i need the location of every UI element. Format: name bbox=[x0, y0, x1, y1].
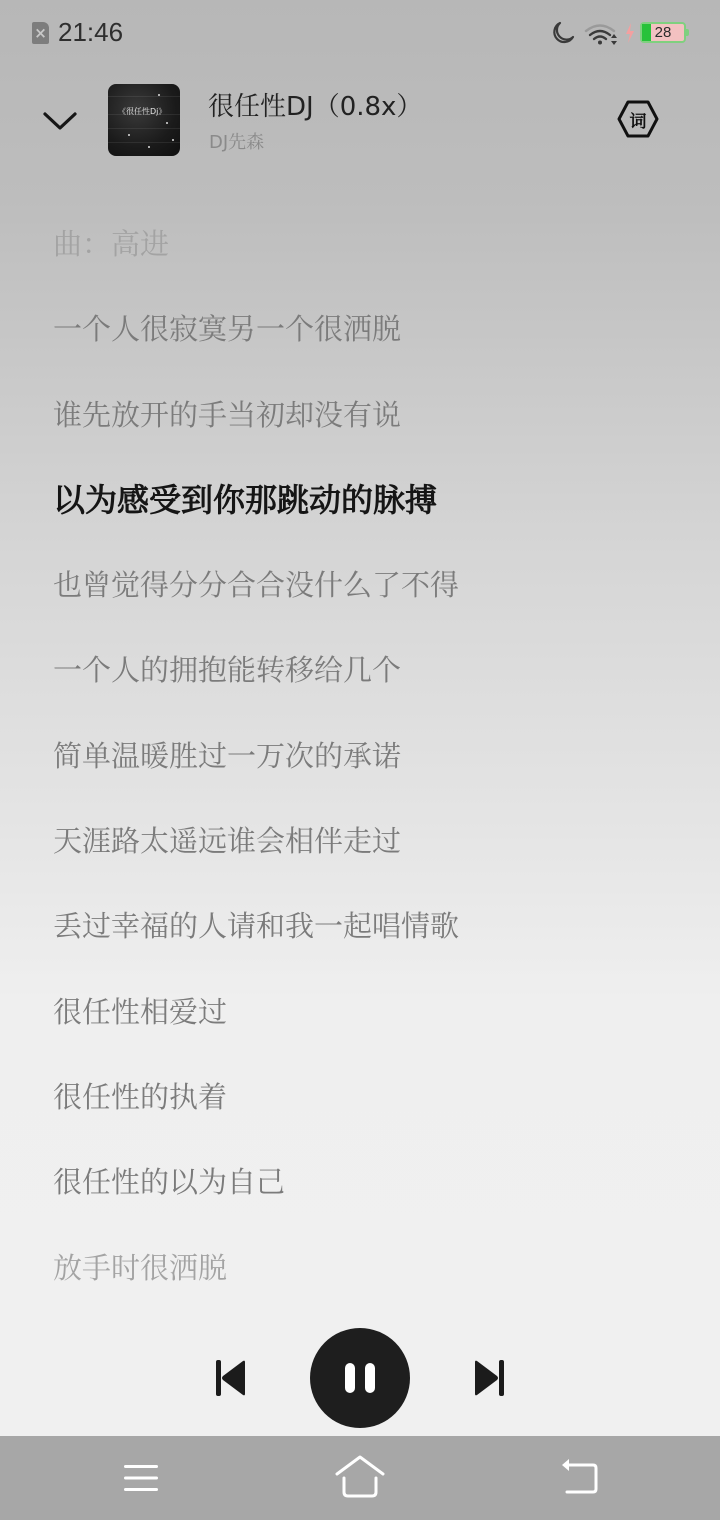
back-icon bbox=[550, 1454, 610, 1502]
lyric-line[interactable]: 曲：高进 bbox=[53, 218, 693, 303]
pause-icon bbox=[345, 1363, 355, 1393]
song-title: 很任性DJ（0.8x） bbox=[208, 86, 422, 123]
album-art-title: 《很任性Dj》 bbox=[118, 106, 166, 117]
moon-icon bbox=[550, 20, 576, 46]
back-button[interactable] bbox=[550, 1454, 610, 1502]
player-controls bbox=[0, 1328, 720, 1428]
lyric-toggle-label: 词 bbox=[616, 107, 660, 132]
lyric-line[interactable]: 丢过幸福的人请和我一起唱情歌 bbox=[53, 900, 693, 985]
pause-icon bbox=[365, 1363, 375, 1393]
skip-previous-icon bbox=[208, 1350, 252, 1406]
next-button[interactable] bbox=[468, 1350, 512, 1406]
lyric-line[interactable]: 也曾觉得分分合合没什么了不得 bbox=[53, 559, 693, 644]
album-art[interactable]: 《很任性Dj》 bbox=[108, 84, 180, 156]
menu-button[interactable] bbox=[110, 1454, 170, 1502]
chevron-down-icon bbox=[38, 102, 82, 138]
lyric-line-active[interactable]: 以为感受到你那跳动的脉搏 bbox=[53, 474, 693, 559]
status-bar: × 21:46 28 bbox=[0, 0, 720, 66]
lyric-line[interactable]: 很任性相爱过 bbox=[53, 986, 693, 1071]
battery-level: 28 bbox=[642, 24, 684, 41]
wifi-icon bbox=[584, 22, 620, 46]
status-time: 21:46 bbox=[58, 17, 123, 48]
lyric-line[interactable]: 很任性的以为自己 bbox=[53, 1156, 693, 1241]
skip-next-icon bbox=[468, 1350, 512, 1406]
battery-nub bbox=[686, 29, 689, 36]
home-button[interactable] bbox=[330, 1454, 390, 1502]
lyric-line[interactable]: 天涯路太遥远谁会相伴走过 bbox=[53, 815, 693, 900]
lyric-line[interactable]: 一个人的拥抱能转移给几个 bbox=[53, 644, 693, 729]
charging-bolt-icon bbox=[624, 22, 636, 44]
lyric-line[interactable]: 简单温暖胜过一万次的承诺 bbox=[53, 730, 693, 815]
lyrics-view[interactable]: 曲：高进 一个人很寂寞另一个很洒脱 谁先放开的手当初却没有说 以为感受到你那跳动… bbox=[53, 218, 693, 1327]
previous-button[interactable] bbox=[208, 1350, 252, 1406]
player-header: 《很任性Dj》 很任性DJ（0.8x） DJ先森 词 bbox=[0, 78, 720, 168]
home-icon bbox=[330, 1454, 390, 1502]
battery-indicator: 28 bbox=[640, 22, 686, 43]
lyric-line[interactable]: 谁先放开的手当初却没有说 bbox=[53, 389, 693, 474]
collapse-button[interactable] bbox=[38, 102, 82, 138]
lyric-line[interactable]: 一个人很寂寞另一个很洒脱 bbox=[53, 303, 693, 388]
system-nav-bar bbox=[0, 1436, 720, 1520]
menu-icon bbox=[110, 1454, 170, 1502]
sim-card-missing-icon: × bbox=[32, 22, 49, 44]
artist-name[interactable]: DJ先森 bbox=[209, 128, 264, 154]
lyric-line[interactable]: 很任性的执着 bbox=[53, 1071, 693, 1156]
lyric-line[interactable]: 放手时很洒脱 bbox=[53, 1242, 693, 1327]
pause-button[interactable] bbox=[310, 1328, 410, 1428]
lyric-toggle-button[interactable]: 词 bbox=[616, 99, 660, 139]
